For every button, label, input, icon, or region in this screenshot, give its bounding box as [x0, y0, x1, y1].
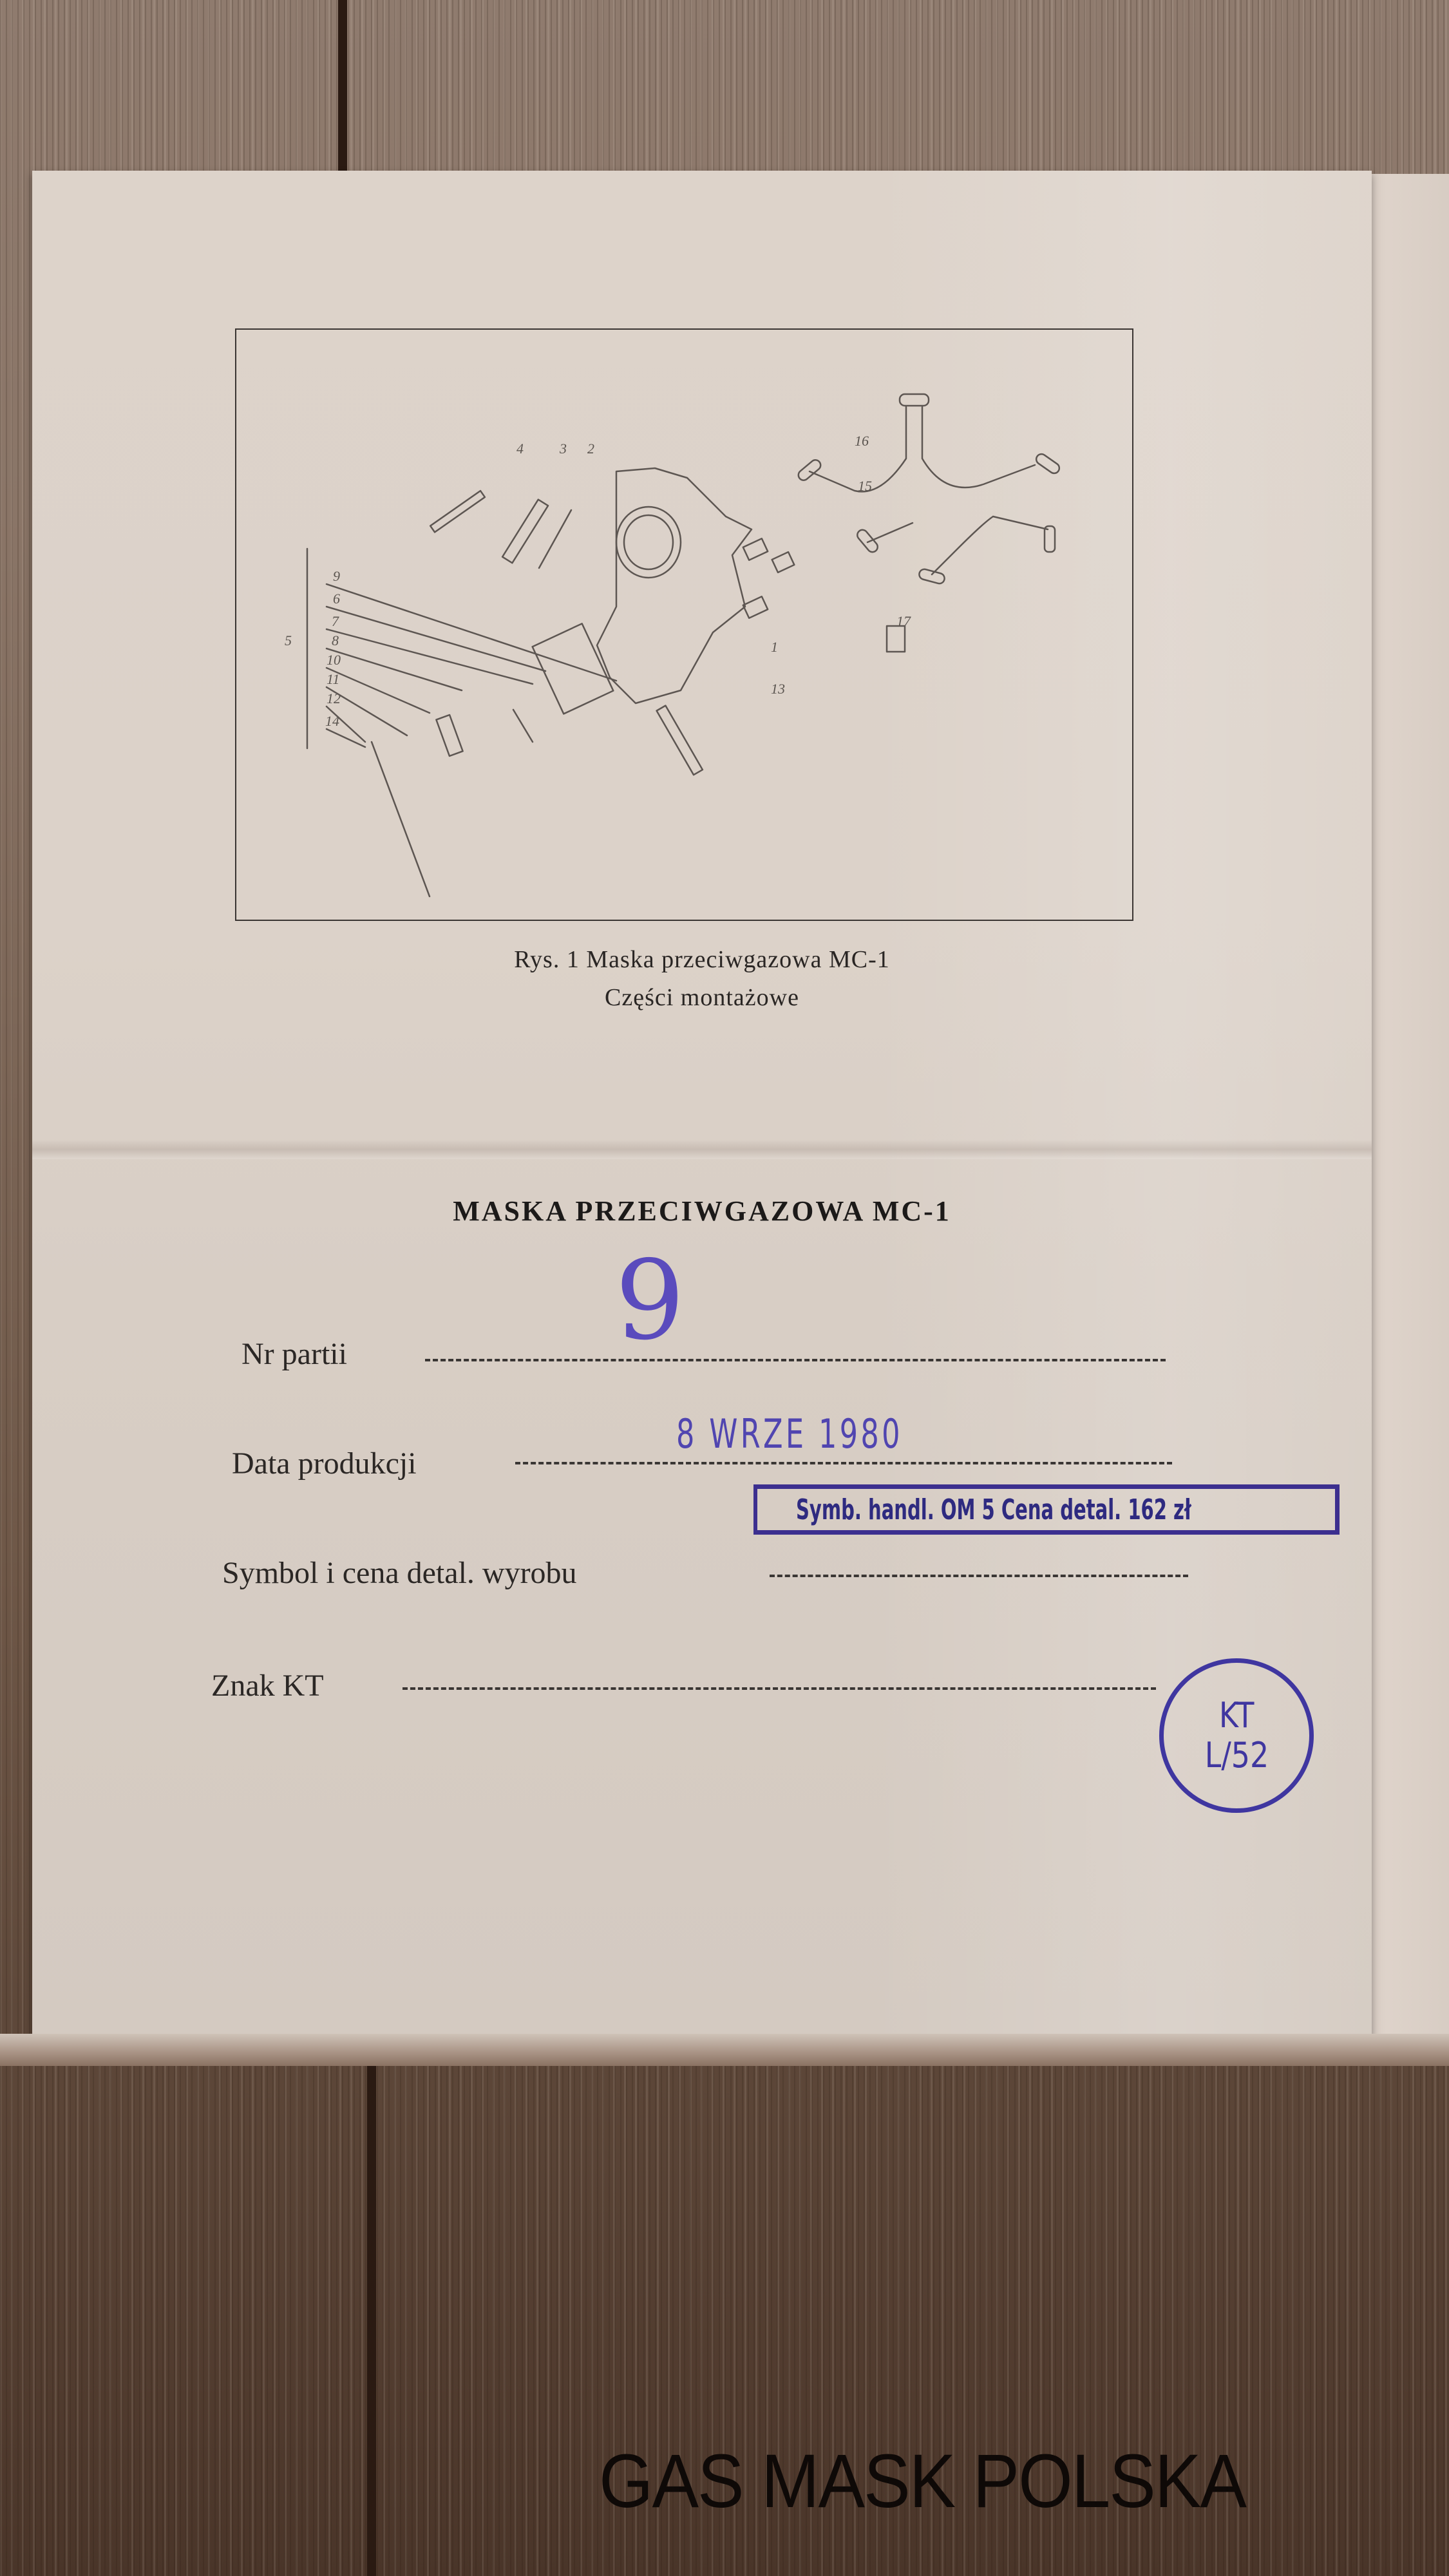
booklet-page: 9 6 7 8 10 11 12 14 5 4 3 2 — [32, 171, 1372, 2045]
svg-text:15: 15 — [858, 478, 872, 494]
batch-number-input-line[interactable] — [425, 1359, 1166, 1361]
svg-text:6: 6 — [333, 591, 340, 607]
svg-text:2: 2 — [587, 440, 594, 457]
production-date-input-line[interactable] — [515, 1462, 1172, 1464]
svg-text:10: 10 — [327, 652, 341, 668]
svg-text:5: 5 — [285, 632, 292, 649]
svg-text:3: 3 — [559, 440, 567, 457]
figure-caption-subtitle: Części montażowe — [32, 983, 1372, 1012]
plank-gap — [338, 0, 347, 193]
field-label-symbol-price: Symbol i cena detal. wyrobu — [222, 1555, 577, 1591]
symbol-price-input-line[interactable] — [770, 1575, 1188, 1577]
svg-text:7: 7 — [332, 613, 339, 629]
svg-text:12: 12 — [327, 690, 341, 706]
svg-text:9: 9 — [333, 568, 340, 584]
svg-text:8: 8 — [332, 632, 339, 649]
handwritten-batch-number: 9 — [615, 1246, 685, 1356]
svg-text:16: 16 — [855, 433, 869, 449]
figure-caption-title: Rys. 1 Maska przeciwgazowa MC-1 — [32, 945, 1372, 974]
kt-mark-input-line[interactable] — [402, 1687, 1156, 1690]
svg-text:1: 1 — [771, 639, 778, 655]
form-title: MASKA PRZECIWGAZOWA MC-1 — [32, 1195, 1372, 1227]
price-symbol-stamp: Symb. handl. OM 5 Cena detal. 162 zł — [753, 1484, 1340, 1535]
head-harness-drawing — [797, 394, 1061, 585]
production-date-stamp: 8 WRZE 1980 — [676, 1410, 903, 1457]
page-fold-crease — [32, 1140, 1372, 1159]
svg-text:4: 4 — [516, 440, 524, 457]
plank-gap — [367, 2048, 376, 2576]
exploded-gas-mask-drawing: 9 6 7 8 10 11 12 14 5 4 3 2 — [236, 330, 1135, 922]
kt-quality-stamp: KT L/52 — [1159, 1658, 1314, 1813]
svg-text:13: 13 — [771, 681, 785, 697]
parts-diagram-figure: 9 6 7 8 10 11 12 14 5 4 3 2 — [235, 328, 1133, 921]
field-label-kt-mark: Znak KT — [211, 1668, 324, 1703]
watermark-text: GAS MASK POLSKA — [599, 2438, 1245, 2525]
field-label-production-date: Data produkcji — [232, 1446, 417, 1481]
field-label-batch-number: Nr partii — [241, 1336, 347, 1372]
booklet-bottom-edge — [0, 2034, 1449, 2066]
